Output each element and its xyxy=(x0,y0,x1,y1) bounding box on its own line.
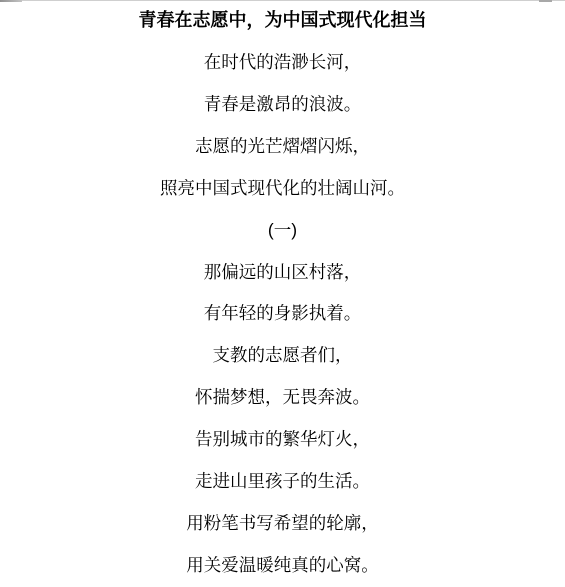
poem-line: 走进山里孩子的生活。 xyxy=(0,461,565,503)
poem-body: 青春在志愿中，为中国式现代化担当 在时代的浩渺长河， 青春是激昂的浪波。 志愿的… xyxy=(0,0,565,587)
poem-line: 青春是激昂的浪波。 xyxy=(0,84,565,126)
poem-line: 在时代的浩渺长河， xyxy=(0,42,565,84)
poem-line: 支教的志愿者们， xyxy=(0,335,565,377)
poem-line: 有年轻的身影执着。 xyxy=(0,293,565,335)
poem-line: 告别城市的繁华灯火， xyxy=(0,419,565,461)
poem-section-marker: (一) xyxy=(0,210,565,252)
document-page: 青春在志愿中，为中国式现代化担当 在时代的浩渺长河， 青春是激昂的浪波。 志愿的… xyxy=(0,0,565,587)
poem-line: 用关爱温暖纯真的心窝。 xyxy=(0,545,565,587)
poem-line: 志愿的光芒熠熠闪烁， xyxy=(0,126,565,168)
poem-line: 照亮中国式现代化的壮阔山河。 xyxy=(0,168,565,210)
poem-line: 那偏远的山区村落， xyxy=(0,252,565,294)
poem-line: 用粉笔书写希望的轮廓， xyxy=(0,503,565,545)
poem-title: 青春在志愿中，为中国式现代化担当 xyxy=(0,0,565,42)
poem-line: 怀揣梦想，无畏奔波。 xyxy=(0,377,565,419)
